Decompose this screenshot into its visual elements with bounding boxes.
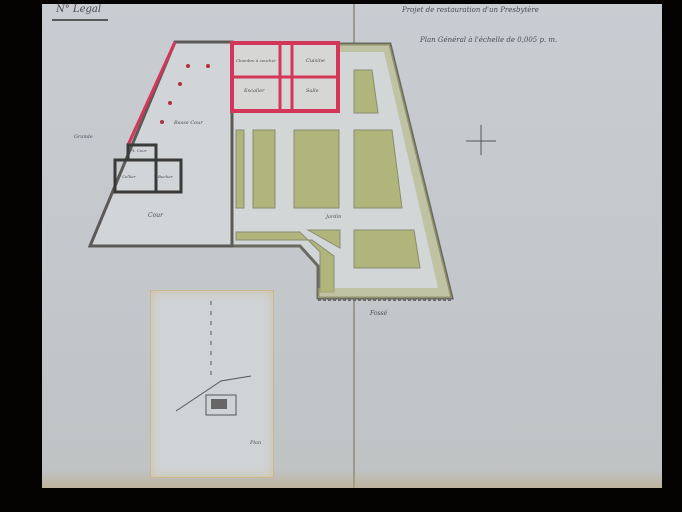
side-label: Grande bbox=[74, 134, 93, 140]
courtyard-label: Basse Cour bbox=[174, 120, 203, 126]
title-line-1: Projet de restauration d'un Presbytère bbox=[402, 6, 539, 14]
corner-label: N° Legal bbox=[56, 4, 101, 15]
yard-label: Cour bbox=[148, 212, 163, 219]
outbuilding-bucher-label: Bucher bbox=[158, 174, 173, 179]
room-label-chambre: Chambre à coucher bbox=[236, 58, 276, 63]
room-label-salle: Salle bbox=[306, 88, 319, 94]
location-inset-map bbox=[150, 290, 274, 478]
room-label-cuisine: Cuisine bbox=[306, 58, 325, 64]
small-room-label: Pt. Cour bbox=[130, 148, 147, 153]
room-label-escalier: Escalier bbox=[244, 88, 265, 94]
outbuilding-cellier-label: Cellier bbox=[122, 174, 136, 179]
floor-plan-drawing bbox=[0, 0, 682, 512]
inset-caption: Plan bbox=[250, 440, 261, 446]
bottom-label: Fossé bbox=[370, 310, 387, 317]
title-line-2: Plan Général à l'échelle de 0,005 p. m. bbox=[420, 36, 557, 44]
garden-label: Jardin bbox=[326, 214, 341, 220]
